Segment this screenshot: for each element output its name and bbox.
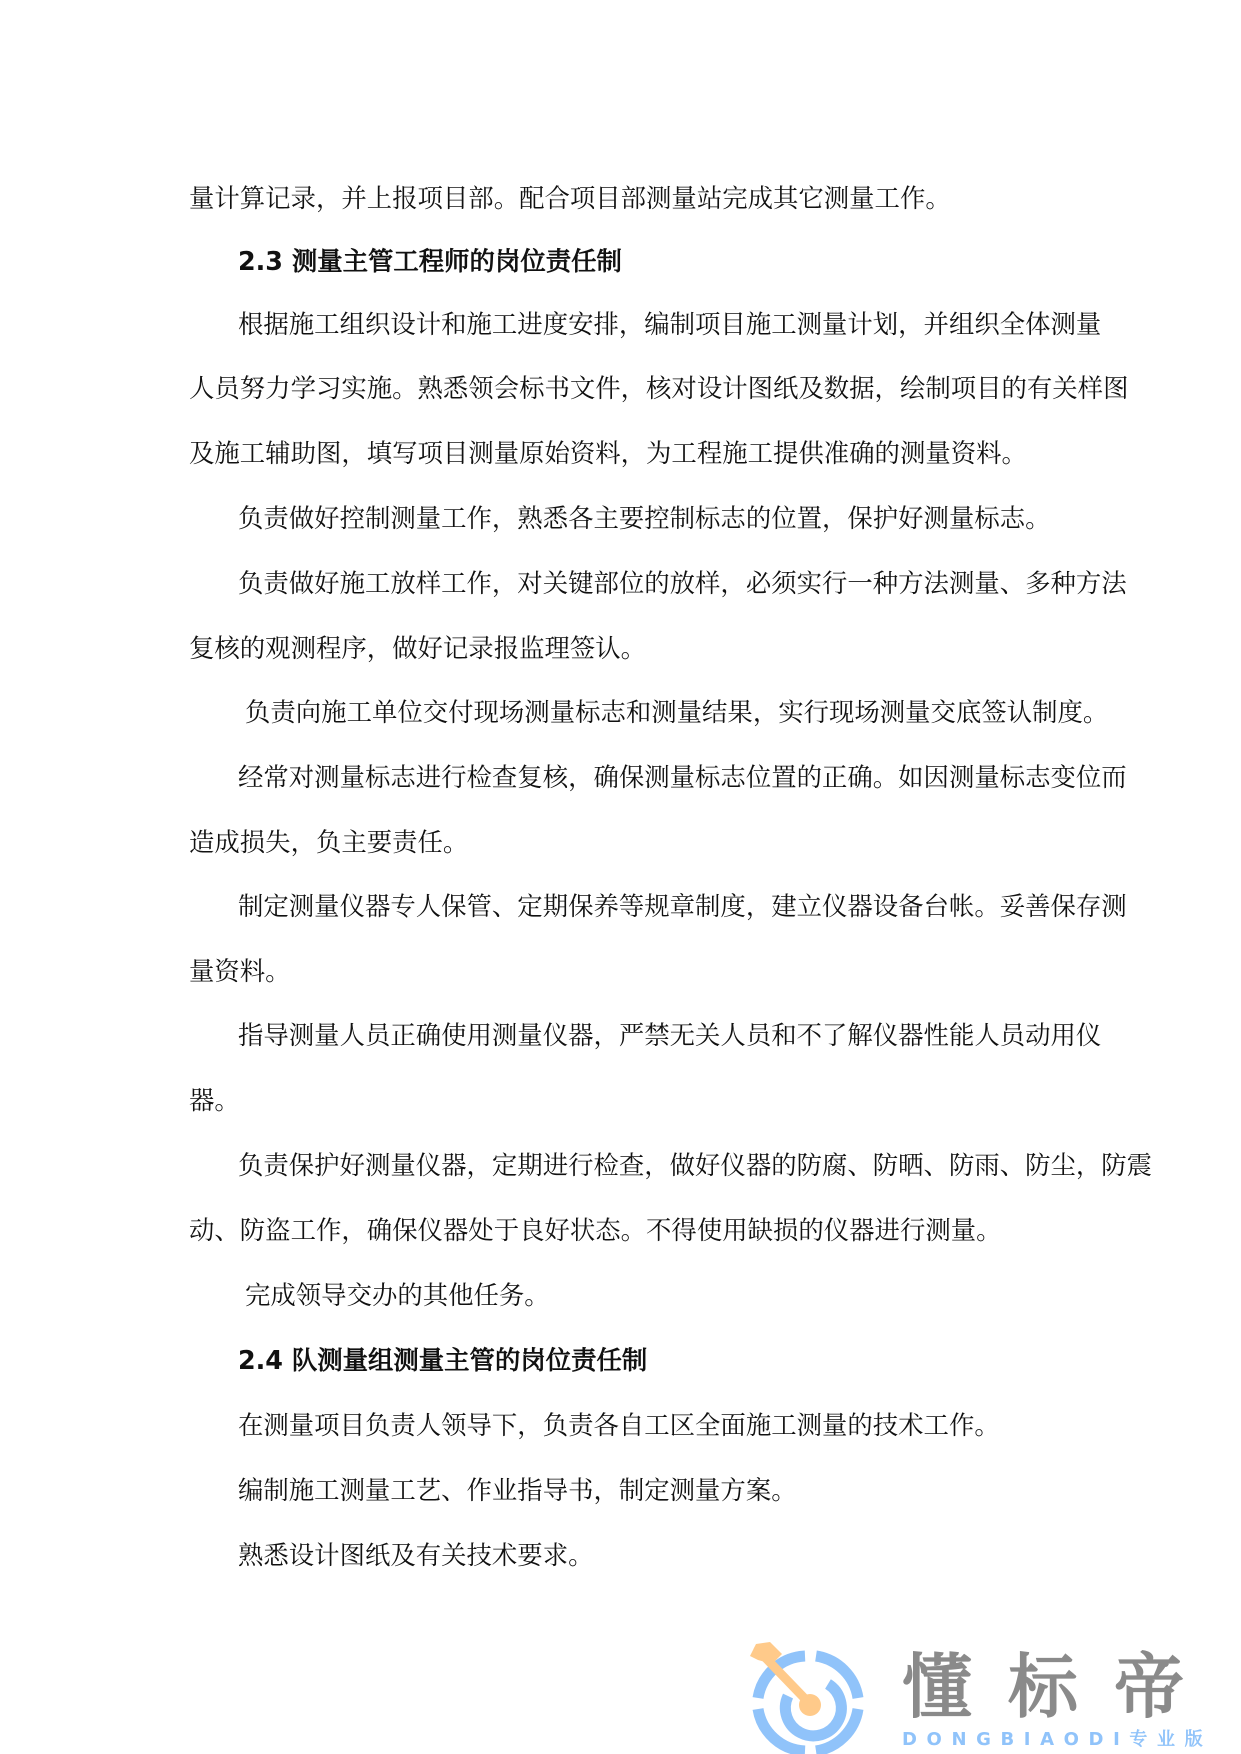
- paragraph-line: 完成领导交办的其他任务。: [245, 1280, 550, 1310]
- paragraph-line: 熟悉设计图纸及有关技术要求。: [238, 1540, 593, 1570]
- document-page: 量计算记录，并上报项目部。配合项目部测量站完成其它测量工作。2.3 测量主管工程…: [0, 0, 1241, 1754]
- target-arrow-icon: [748, 1636, 870, 1754]
- paragraph-line: 及施工辅助图，填写项目测量原始资料，为工程施工提供准确的测量资料。: [189, 438, 1027, 468]
- paragraph-line: 在测量项目负责人领导下，负责各自工区全面施工测量的技术工作。: [238, 1410, 1000, 1440]
- section-heading: 2.4 队测量组测量主管的岗位责任制: [238, 1345, 647, 1375]
- watermark: 懂标帝 DONGBIAODI专业版: [748, 1636, 1218, 1754]
- paragraph-line: 负责保护好测量仪器，定期进行检查，做好仪器的防腐、防晒、防雨、防尘，防震: [238, 1150, 1152, 1180]
- paragraph-line: 负责做好控制测量工作，熟悉各主要控制标志的位置，保护好测量标志。: [238, 503, 1051, 533]
- paragraph-line: 量计算记录，并上报项目部。配合项目部测量站完成其它测量工作。: [189, 183, 951, 213]
- paragraph-line: 负责向施工单位交付现场测量标志和测量结果，实行现场测量交底签认制度。: [245, 697, 1108, 727]
- paragraph-line: 量资料。: [189, 956, 291, 986]
- paragraph-line: 人员努力学习实施。熟悉领会标书文件，核对设计图纸及数据，绘制项目的有关样图: [189, 373, 1128, 403]
- paragraph-line: 动、防盗工作，确保仪器处于良好状态。不得使用缺损的仪器进行测量。: [189, 1215, 1002, 1245]
- paragraph-line: 制定测量仪器专人保管、定期保养等规章制度，建立仪器设备台帐。妥善保存测: [238, 891, 1127, 921]
- watermark-title: 懂标帝: [902, 1650, 1220, 1724]
- paragraph-line: 器。: [189, 1085, 240, 1115]
- paragraph-line: 造成损失，负主要责任。: [189, 827, 468, 857]
- section-heading: 2.3 测量主管工程师的岗位责任制: [238, 246, 622, 276]
- paragraph-line: 根据施工组织设计和施工进度安排，编制项目施工测量计划，并组织全体测量: [238, 309, 1101, 339]
- watermark-subtitle: DONGBIAODI专业版: [902, 1730, 1212, 1750]
- paragraph-line: 复核的观测程序，做好记录报监理签认。: [189, 633, 646, 663]
- paragraph-line: 经常对测量标志进行检查复核，确保测量标志位置的正确。如因测量标志变位而: [238, 762, 1127, 792]
- paragraph-line: 编制施工测量工艺、作业指导书，制定测量方案。: [238, 1475, 797, 1505]
- paragraph-line: 负责做好施工放样工作，对关键部位的放样，必须实行一种方法测量、多种方法: [238, 568, 1127, 598]
- paragraph-line: 指导测量人员正确使用测量仪器，严禁无关人员和不了解仪器性能人员动用仪: [238, 1020, 1101, 1050]
